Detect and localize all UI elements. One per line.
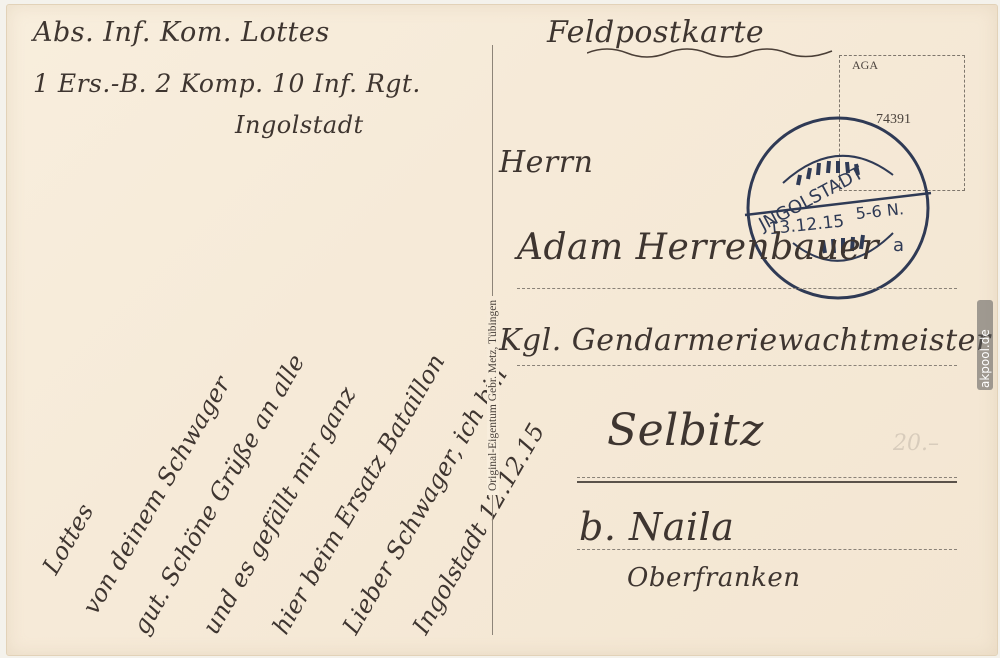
watermark-badge: akpool.de [977, 300, 993, 390]
message-column-1: Lottes [37, 499, 99, 579]
recipient-title: Kgl. Gendarmeriewachtmeister [499, 323, 991, 358]
sender-line-3: Ingolstadt [235, 111, 364, 139]
svg-text:5-6 N.: 5-6 N. [855, 199, 905, 223]
address-line-2 [517, 365, 957, 366]
address-line-3 [577, 477, 957, 478]
publisher-imprint: Original-Eigentum Gebr. Metz, Tübingen [487, 296, 499, 495]
recipient-name: Adam Herrenbauer [517, 227, 879, 268]
stamp-box-label: AGA [852, 58, 878, 73]
recipient-near: b. Naila [579, 505, 734, 549]
recipient-salutation: Herrn [499, 145, 593, 180]
postcard-back: Abs. Inf. Kom. Lottes 1 Ers.-B. 2 Komp. … [6, 4, 998, 656]
watermark-text: akpool.de [977, 329, 993, 388]
sender-line-1: Abs. Inf. Kom. Lottes [33, 17, 330, 48]
pencil-note: 20.– [893, 431, 939, 456]
sender-line-2: 1 Ers.-B. 2 Komp. 10 Inf. Rgt. [33, 69, 421, 98]
city-underline [577, 481, 957, 483]
header-flourish-icon [587, 45, 837, 63]
svg-text:a: a [893, 235, 904, 256]
message-column-7: Ingolstadt 12.12.15 [407, 419, 550, 639]
recipient-city: Selbitz [607, 405, 764, 456]
address-line-1 [517, 288, 957, 289]
postmark-icon: JNGOLSTADT 13.12.15 5-6 N. a [743, 113, 933, 303]
address-line-4 [577, 549, 957, 550]
recipient-region: Oberfranken [627, 563, 800, 593]
